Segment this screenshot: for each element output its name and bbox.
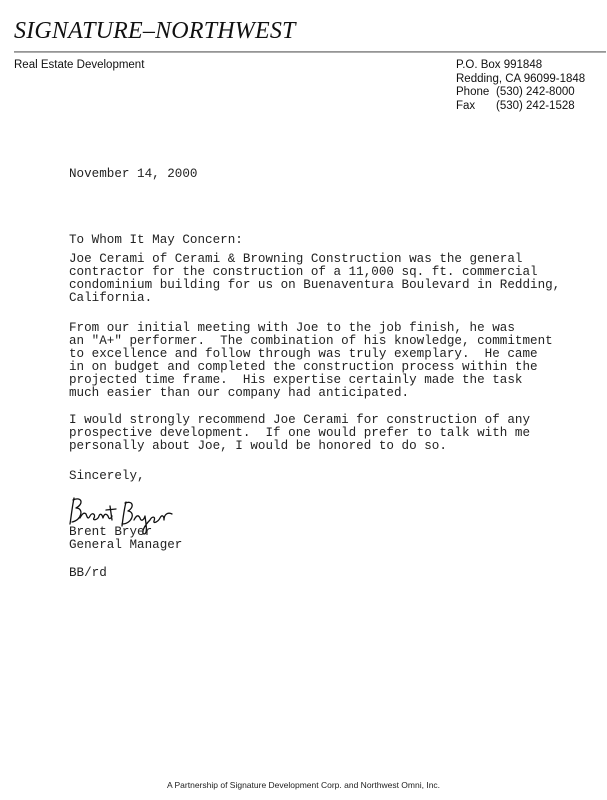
letterhead-divider [14,51,606,53]
closing: Sincerely, [69,470,145,483]
paragraph-2: From our initial meeting with Joe to the… [69,322,553,400]
letter-date: November 14, 2000 [69,168,197,181]
typist-initials: BB/rd [69,567,107,580]
city-state-zip: Redding, CA 96099-1848 [456,73,585,87]
phone-label: Phone [456,86,496,100]
salutation: To Whom It May Concern: [69,234,243,247]
footer-partnership-note: A Partnership of Signature Development C… [0,780,607,790]
company-logo-text: SIGNATURE–NORTHWEST [14,18,296,45]
po-box: P.O. Box 991848 [456,59,585,73]
fax-line: Fax(530) 242-1528 [456,100,585,114]
paragraph-1: Joe Cerami of Cerami & Browning Construc… [69,253,560,305]
signer-title: General Manager [69,539,182,552]
company-tagline: Real Estate Development [14,59,144,71]
phone-number: (530) 242-8000 [496,86,575,98]
company-address-block: P.O. Box 991848 Redding, CA 96099-1848 P… [456,59,585,113]
fax-label: Fax [456,100,496,114]
fax-number: (530) 242-1528 [496,100,575,112]
paragraph-3: I would strongly recommend Joe Cerami fo… [69,414,530,453]
phone-line: Phone(530) 242-8000 [456,86,585,100]
